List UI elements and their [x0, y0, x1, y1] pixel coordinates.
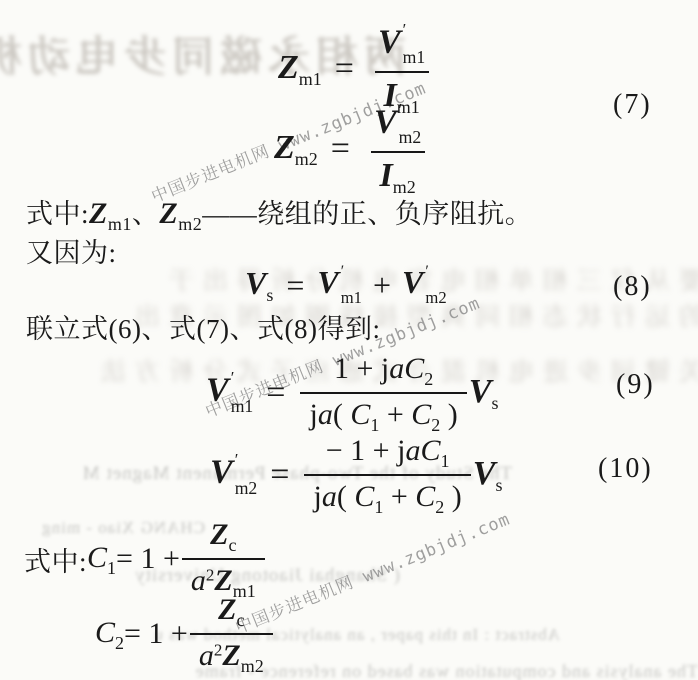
variable-Vs: Vs: [473, 455, 503, 494]
where-clause-C1: 式中: C1 = 1 + Zc a2Zm1: [24, 520, 267, 598]
equation-9: V′m1 = 1 + jaC2 ja( C1 + C2 ) Vs: [206, 350, 498, 436]
variable-Zm2: Zm2: [159, 197, 202, 233]
equals-sign: =: [331, 130, 350, 168]
variable-Vm2-prime: V′m2: [210, 452, 257, 497]
fraction: V′m2 Im2: [365, 102, 430, 196]
fraction: Zc a2Zm1: [182, 518, 265, 600]
variable-Vs: Vs: [469, 373, 499, 412]
equals-sign: =: [286, 267, 304, 304]
fraction: Zc a2Zm2: [190, 593, 273, 675]
scanned-paper-page: 两相永磁同步电动机 要从仅三相单相电容电机分析得出于 的运行状态相同典型接线圈如…: [0, 0, 698, 680]
fraction: − 1 + jaC1 ja( C1 + C2 ): [304, 434, 470, 516]
variable-C1: C1: [87, 541, 116, 577]
equals-sign: =: [335, 50, 354, 88]
equation-10: V′m2 = − 1 + jaC1 ja( C1 + C2 ) Vs: [210, 432, 502, 518]
variable-Vm1-prime: V′m1: [317, 264, 362, 307]
equation-label-7: (7): [613, 89, 652, 121]
equation-8: Vs = V′m1 + V′m2: [245, 262, 447, 308]
equation-7-line-2: Zm2 = V′m2 Im2: [274, 96, 432, 202]
variable-Zm1: Zm1: [89, 197, 132, 233]
variable-Zm1: Zm1: [278, 49, 322, 88]
equals-sign: =: [270, 456, 289, 494]
equation-label-9: (9): [616, 369, 655, 401]
fraction: 1 + jaC2 ja( C1 + C2 ): [300, 352, 466, 434]
equals-one-plus: = 1 +: [116, 542, 180, 576]
variable-Vm1-prime: V′m1: [206, 370, 253, 415]
text-where-prefix: 式中:: [24, 540, 87, 579]
bleedthrough-english-abstract: Abstract : In this paper , an analytical…: [0, 625, 560, 645]
equation-label-8: (8): [613, 271, 652, 303]
equation-label-10: (10): [598, 453, 653, 485]
equals-one-plus: = 1 +: [124, 617, 188, 651]
variable-Vm2-prime: V′m2: [402, 264, 447, 307]
where-clause-impedance: 式中:Zm1、Zm2——绕组的正、负序阻抗。: [26, 192, 532, 233]
text-because: 又因为:: [26, 231, 117, 270]
variable-Zm2: Zm2: [274, 129, 318, 168]
variable-Vs: Vs: [245, 265, 273, 304]
plus-sign: +: [373, 267, 391, 304]
equals-sign: =: [266, 374, 285, 412]
text-combine-equations: 联立式(6)、式(7)、式(8)得到:: [26, 307, 380, 346]
where-clause-C2: C2 = 1 + Zc a2Zm2: [95, 595, 275, 673]
variable-C2: C2: [95, 616, 124, 652]
